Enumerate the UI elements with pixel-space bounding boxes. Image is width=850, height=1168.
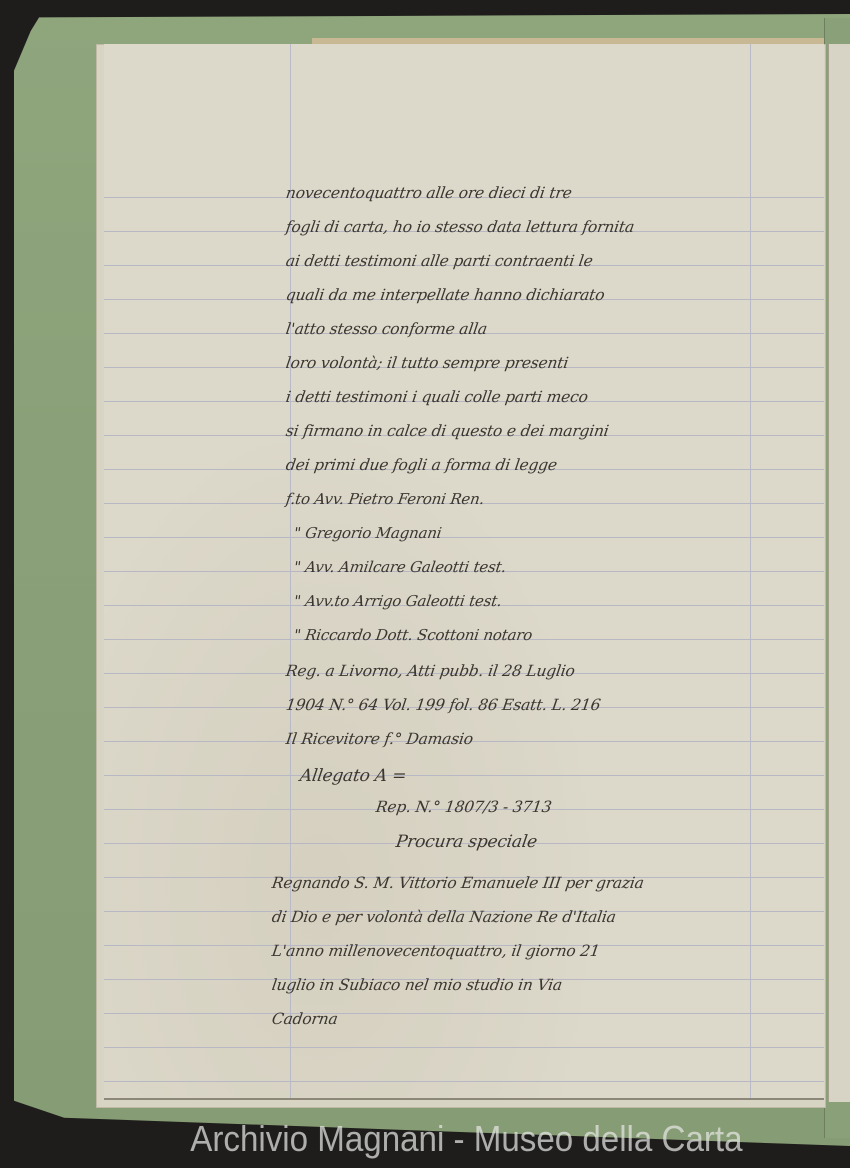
text-line: Cadorna: [271, 1010, 339, 1028]
ruled-line: [104, 1013, 824, 1014]
text-line: l'atto stesso conforme alla: [285, 320, 488, 338]
text-line: luglio in Subiaco nel mio studio in Via: [271, 976, 564, 994]
signature-line: " Avv. Amilcare Galeotti test.: [293, 558, 508, 576]
signature-line: " Riccardo Dott. Scottoni notaro: [293, 626, 534, 644]
text-line: dei primi due fogli a forma di legge: [285, 456, 558, 474]
adjacent-sheet-edge: [828, 44, 850, 1102]
signature-line: f.to Avv. Pietro Feroni Ren.: [285, 490, 486, 508]
attachment-label: Allegato A =: [299, 766, 408, 786]
registration-line: 1904 N.° 64 Vol. 199 fol. 86 Esatt. L. 2…: [285, 696, 602, 714]
registration-line: Reg. a Livorno, Atti pubb. il 28 Luglio: [285, 662, 576, 680]
ruled-line: [104, 537, 824, 538]
text-line: di Dio e per volontà della Nazione Re d'…: [271, 908, 617, 926]
text-line: ai detti testimoni alle parti contraenti…: [285, 252, 594, 270]
text-line: Regnando S. M. Vittorio Emanuele III per…: [271, 874, 645, 892]
repertory-number: Rep. N.° 1807/3 - 3713: [375, 798, 553, 816]
text-line: si firmano in calce di questo e dei marg…: [285, 422, 610, 440]
text-line: novecentoquattro alle ore dieci di tre: [285, 184, 573, 202]
text-line: fogli di carta, ho io stesso data lettur…: [285, 218, 636, 236]
text-line: quali da me interpellate hanno dichiarat…: [285, 286, 606, 304]
archive-watermark: Archivio Magnani - Museo della Carta: [34, 1118, 816, 1160]
ruled-line: [104, 1081, 824, 1082]
section-heading: Procura speciale: [395, 832, 539, 852]
ruled-line: [104, 1047, 824, 1048]
registration-line: Il Ricevitore f.° Damasio: [285, 730, 474, 748]
signature-line: " Avv.to Arrigo Galeotti test.: [293, 592, 503, 610]
ruled-line: [104, 775, 824, 776]
text-line: L'anno millenovecentoquattro, il giorno …: [271, 942, 601, 960]
signature-line: " Gregorio Magnani: [293, 524, 443, 542]
text-line: i detti testimoni i quali colle parti me…: [285, 388, 589, 406]
text-line: loro volontà; il tutto sempre presenti: [285, 354, 570, 372]
document-page: novecentoquattro alle ore dieci di tre f…: [104, 44, 824, 1100]
